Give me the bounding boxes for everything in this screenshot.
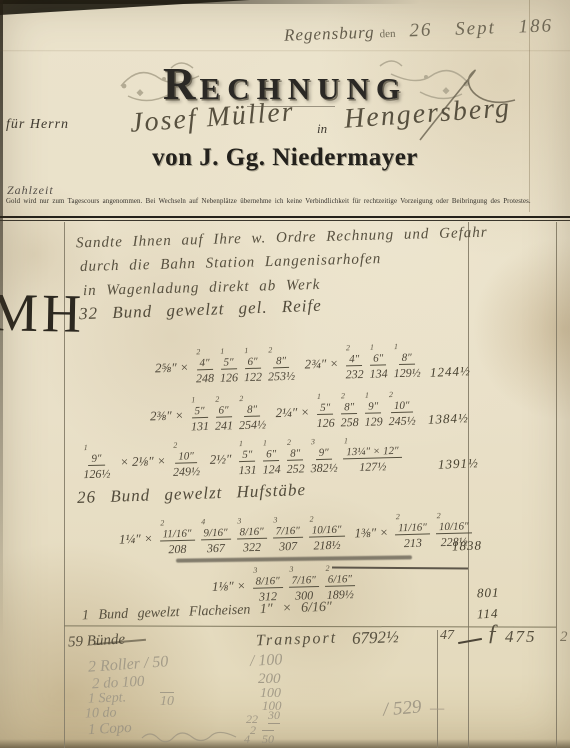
amount-total: 475	[505, 627, 537, 647]
in-label: in	[317, 121, 327, 137]
amount-cut-digit: 2	[560, 629, 568, 646]
pencil-note-11: 30	[268, 708, 280, 724]
den-label: den	[379, 28, 395, 41]
calc-row-3: 19″126½× 2⅛″ ×210″249½2½″15″13116″12428″…	[80, 436, 406, 482]
calc-lead: × 2⅛″ ×	[120, 453, 166, 470]
dimension-weight-stack: 16″134	[369, 343, 388, 381]
dimension-weight-stack: 210″245½	[388, 390, 416, 429]
dimension-weight-stack: 28″258	[340, 392, 359, 430]
calc-row-4: 1¼″ ×211/16″20849/16″36738/16″32237/16″3…	[112, 511, 476, 558]
dimension-weight-stack: 26/16″189½	[324, 564, 355, 603]
row-total-5: 801	[477, 585, 500, 602]
date-line: Regensburgden26 Sept 186	[284, 15, 554, 46]
dimension-weight-stack: 26″241	[214, 395, 233, 433]
pencil-note-2: / 100	[250, 651, 283, 671]
dimension-weight-stack: 37/16″307	[272, 516, 303, 555]
invoice-page: Regensburgden26 Sept 186 RECHNUNG für He…	[0, 0, 570, 748]
row-total-1: 1244½	[430, 363, 471, 380]
for-prefix-label: für Herrn	[6, 117, 69, 133]
dimension-weight-stack: 211/16″213	[395, 512, 431, 551]
dimension-weight-stack: 15″131	[238, 440, 257, 478]
item2-heading: 26 Bund gewelzt Hufstäbe	[77, 480, 307, 508]
dimension-weight-stack: 38/16″322	[236, 517, 267, 556]
transport-value: 6792½	[352, 627, 399, 649]
transport-rule	[64, 625, 556, 627]
dimension-weight-stack: 37/16″300	[288, 565, 319, 604]
dimension-weight-stack: 24″248	[195, 348, 214, 386]
table-rule-right	[556, 222, 557, 748]
calc-row-2: 2⅜″ ×15″13126″24128″254½2¼″ ×15″12628″25…	[143, 390, 419, 435]
dimension-weight-stack: 15″126	[219, 347, 238, 385]
intro-line-2: durch die Bahn Station Langenisarhofen	[80, 251, 382, 276]
item1-heading: 32 Bund gewelzt gel. Reife	[79, 296, 322, 324]
date-handwritten: 26 Sept 186	[409, 15, 553, 41]
calc-lead: 1⅛″ ×	[212, 578, 246, 595]
calc-lead: 1¼″ ×	[119, 531, 153, 548]
fine-print: Gold wird nur zum Tagescours angenommen.…	[6, 197, 531, 205]
calc-lead: 2¾″ ×	[304, 356, 338, 373]
row-total-4: 1838	[452, 537, 483, 554]
pencil-note-1: 2 Roller / 50	[87, 653, 168, 677]
scan-edge-top	[0, 0, 420, 4]
dimension-weight-stack: 49/16″367	[200, 518, 231, 557]
dimension-weight-stack: 18″129½	[393, 342, 421, 381]
transport-label: Transport	[256, 630, 338, 651]
dimension-weight-stack: 210/16″218½	[308, 515, 345, 554]
dimension-weight-stack: 16″124	[262, 439, 281, 477]
calc-lead: 2¼″ ×	[275, 404, 309, 421]
dimension-weight-stack: 113¼″ × 12″127½	[343, 436, 402, 476]
margin-mark: MH	[0, 281, 86, 345]
pencil-note-6: 10	[160, 692, 174, 710]
row-total-3: 1391½	[438, 455, 479, 472]
transport-col1: 47	[440, 628, 454, 644]
dimension-weight-stack: 19″129	[364, 391, 383, 429]
dimension-weight-stack: 28″253½	[267, 346, 295, 385]
calc-row-5: 1⅛″ ×38/16″31237/16″30026/16″189½	[205, 564, 359, 606]
pencil-note-12: 2	[250, 723, 256, 738]
calc-row-1: 2⅝″ ×24″24815″12616″12228″253½2¾″ ×24″23…	[148, 342, 424, 387]
table-rule-bottom-col	[437, 630, 438, 748]
dimension-weight-stack: 16″122	[243, 347, 262, 385]
dimension-weight-stack: 210″249½	[172, 441, 200, 480]
dimension-weight-stack: 211/16″208	[159, 519, 195, 558]
table-rule-amount	[468, 222, 469, 748]
dimension-weight-stack: 28″252	[286, 438, 305, 476]
intro-line-1: Sandte Ihnen auf Ihre w. Ordre Rechnung …	[76, 225, 488, 253]
pencil-note-15: 50	[262, 730, 274, 747]
payment-term-label: Zahlzeit	[7, 183, 54, 198]
dimension-weight-stack: 39″382½	[310, 438, 338, 477]
scan-edge-bottom	[0, 739, 570, 748]
ink-smear	[176, 555, 412, 562]
pencil-note-14: 4	[244, 732, 250, 747]
dash-stroke	[458, 638, 482, 644]
calc-lead: 1⅜″ ×	[354, 525, 388, 542]
dimension-weight-stack: 19″126½	[83, 443, 111, 482]
pencil-note-16: / 529	[382, 696, 422, 721]
row-total-2: 1384½	[428, 410, 469, 427]
currency-florin: ƒ	[487, 620, 499, 646]
calc-lead: 2½″	[210, 451, 232, 468]
pencil-note-13: 1 Copo	[88, 720, 133, 739]
dimension-weight-stack: 15″126	[316, 393, 335, 431]
dimension-weight-stack: 38/16″312	[252, 566, 283, 605]
dimension-weight-stack: 28″254½	[238, 394, 266, 433]
dimension-weight-stack: 24″232	[345, 344, 364, 382]
calc-lead: 2⅝″ ×	[155, 360, 189, 377]
seller-name: von J. Gg. Niedermayer	[0, 144, 570, 172]
header-rule-thick	[0, 216, 570, 218]
dimension-weight-stack: 15″131	[190, 396, 209, 434]
pencil-note-17: —	[430, 700, 444, 718]
header-rule-thin	[0, 220, 570, 221]
paper-crease-horizontal	[0, 50, 570, 52]
calc-lead: 2⅜″ ×	[150, 408, 184, 425]
place-name: Regensburg	[284, 23, 375, 45]
pencil-squiggle	[140, 728, 240, 744]
